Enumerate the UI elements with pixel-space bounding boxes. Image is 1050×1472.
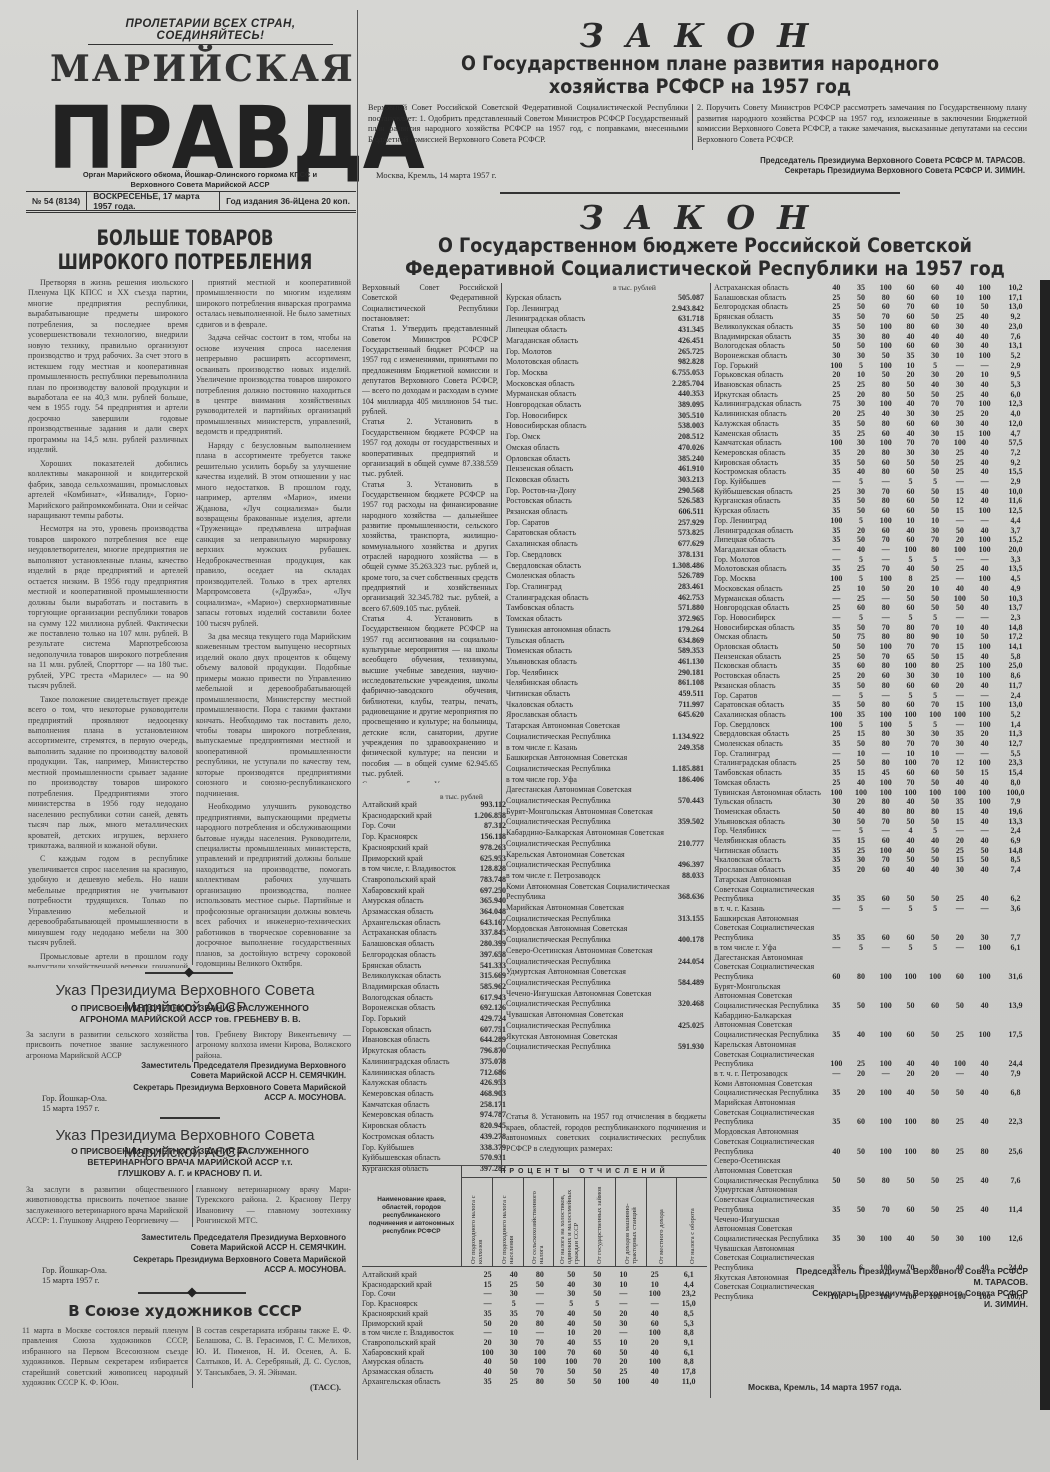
region-name: Курская область (506, 293, 672, 304)
pct-value: 50 (849, 623, 874, 633)
pct-value: — (972, 361, 997, 371)
pct-value: 15,4 (997, 768, 1034, 778)
pct-value: 100 (824, 1040, 849, 1069)
pct-value: 60 (923, 322, 948, 332)
region-name: Ставропольский край (362, 875, 469, 886)
pct-row: Мурманская область—25—50501005010,3 (714, 594, 1034, 604)
region-name: Великолукская область (362, 971, 469, 982)
pct-value: 35 (824, 865, 849, 875)
pct-value: 8 (898, 574, 923, 584)
budget-row: Камчатская область258.171 (362, 1100, 508, 1111)
region-name: Хабаровский край (362, 886, 469, 897)
budget-row: Калининская область712.686 (362, 1068, 508, 1079)
pct-value: 100 (948, 1040, 973, 1069)
pct-value: 100 (972, 351, 997, 361)
pct-value: 25 (948, 875, 973, 904)
pct-value: 35 (824, 623, 849, 633)
budget-unit-label-b: в тыс. рублей (613, 283, 656, 292)
budget-row: Гор. Москва6.755.053 (506, 368, 706, 379)
pct-value: 50 (849, 496, 874, 506)
budget-amount: 2.285.704 (672, 379, 706, 390)
pct-value: 40 (849, 545, 874, 555)
pct-value: 2,9 (997, 361, 1034, 371)
region-name: Чувашская Автономная Советская Социалист… (506, 1010, 672, 1031)
budget-row: Дагестанская Автономная Советская Социал… (506, 785, 706, 806)
pct-value: 6,8 (997, 1079, 1034, 1098)
pct-value: 50 (849, 758, 874, 768)
pct-value: — (948, 720, 973, 730)
slogan: ПРОЛЕТАРИИ ВСЕХ СТРАН, СОЕДИНЯЙТЕСЬ! (88, 18, 333, 45)
budget-amount: 375.078 (469, 1057, 508, 1068)
law2-place-date: Москва, Кремль, 14 марта 1957 года. (748, 1382, 902, 1392)
pct-value: — (948, 943, 973, 953)
pct-value: 60 (587, 1348, 608, 1358)
region-name: Смоленская область (506, 571, 672, 582)
pct-value: 17,8 (670, 1367, 707, 1377)
budget-amount: 305.510 (672, 411, 706, 422)
pct-value: 100 (898, 545, 923, 555)
pct-value: 40 (849, 467, 874, 477)
pct-value: 50 (923, 855, 948, 865)
region-name: в том числе гор. Уфа (506, 775, 672, 786)
region-name: Хабаровский край (362, 1348, 472, 1358)
pct-value: 5,5 (997, 749, 1034, 759)
pct-value: 40 (972, 1156, 997, 1185)
pct-value: 100 (639, 1328, 670, 1338)
pct-value: 8,0 (997, 778, 1034, 788)
pct-value: 50 (849, 739, 874, 749)
pct-value: 60 (873, 836, 898, 846)
budget-amount: 1.185.881 (672, 753, 706, 774)
pct-value: 20 (608, 1357, 639, 1367)
pct-value: 30 (898, 671, 923, 681)
paragraph: Хороших показателей добились коллективы … (28, 459, 188, 522)
pct-row: Костромская область3540806050254015,5 (714, 467, 1034, 477)
pct-value: 10 (923, 584, 948, 594)
pct-row: Сахалинская область100351001001001001005… (714, 710, 1034, 720)
pct-value: 100 (873, 1079, 898, 1098)
region-name: Читинская область (714, 846, 824, 856)
pct-value: 3,6 (997, 904, 1034, 914)
pct-value: 50 (923, 914, 948, 943)
pct-value: 40 (639, 1367, 670, 1377)
pct-row: Ивановская область252580504030405,3 (714, 380, 1034, 390)
pct-value: 12,6 (997, 1215, 1034, 1244)
budget-amount: 337.845 (469, 928, 508, 939)
budget-row: Смоленская область526.789 (506, 571, 706, 582)
pct-value: 15 (948, 700, 973, 710)
pct-row: Ростовская область2520603030101008,6 (714, 671, 1034, 681)
region-name: Карельская Автономная Советская Социалис… (714, 1040, 824, 1069)
pct-row: Пензенская область255070655015405,8 (714, 652, 1034, 662)
budget-amount: 425.025 (672, 1010, 706, 1031)
region-name: Томская область (506, 614, 672, 625)
pct-value: 70 (873, 623, 898, 633)
pct-value: — (824, 613, 849, 623)
pct-value: 40 (972, 564, 997, 574)
pct-value: 2,4 (997, 691, 1034, 701)
pct-row: Астраханская область403510060604010010,2 (714, 283, 1034, 293)
pct-row: Калужская область3550806060304012,0 (714, 419, 1034, 429)
pct-value: 20 (503, 1319, 524, 1329)
pct-value: 100 (948, 710, 973, 720)
pct-value: 35 (472, 1377, 503, 1387)
budget-amount: 338.379 (469, 1143, 508, 1154)
budget-row: Орловская область385.240 (506, 454, 706, 465)
pct-value: 20 (948, 914, 973, 943)
pct-value: 35 (472, 1309, 503, 1319)
region-name: Калининградская область (714, 399, 824, 409)
pct-value: 50 (948, 1079, 973, 1098)
pct-value: 5 (898, 613, 923, 623)
region-name: Камчатская область (714, 438, 824, 448)
pct-row: в том числе г. Владивосток—10—1020—1008,… (362, 1328, 707, 1338)
region-name: Гор. Москва (506, 368, 672, 379)
budget-row: Гор. Сочи87.312 (362, 821, 508, 832)
pct-value: 11,4 (997, 1185, 1034, 1214)
region-name: Горьковская область (362, 1025, 469, 1036)
pct-row: Новосибирская область3550708070104014,8 (714, 623, 1034, 633)
pct-value: 30 (948, 341, 973, 351)
pct-value: 25 (948, 661, 973, 671)
pct-value: 5 (898, 477, 923, 487)
pct-value: 7,6 (997, 332, 1034, 342)
pct-value: 12,3 (997, 399, 1034, 409)
budget-row: в том числе г. Петрозаводск88.033 (506, 871, 706, 882)
pct-value: 15 (849, 729, 874, 739)
region-name: Марийская Автономная Советская Социалист… (506, 903, 672, 924)
pct-row: Гор. Свердловск100510055—1001,4 (714, 720, 1034, 730)
budget-row: Тувинская автономная область179.264 (506, 625, 706, 636)
budget-amount: 378.131 (672, 550, 706, 561)
region-name: Костромская область (362, 1132, 469, 1143)
budget-amount: 400.178 (672, 924, 706, 945)
pct-value: — (824, 1069, 849, 1079)
region-name: Гор. Ленинград (714, 516, 824, 526)
pct-value: — (824, 826, 849, 836)
pct-value: 25 (948, 448, 973, 458)
pct-value: 65 (898, 652, 923, 662)
pct-value: 100 (948, 594, 973, 604)
pct-value: 19,6 (997, 807, 1034, 817)
region-name: Челябинская область (714, 836, 824, 846)
pct-value: 15 (948, 642, 973, 652)
pct-value: 30 (923, 526, 948, 536)
budget-amount: 372.965 (672, 614, 706, 625)
pct-value: 10 (849, 584, 874, 594)
pct-value: — (873, 826, 898, 836)
pct-value: 4,9 (997, 584, 1034, 594)
pct-value: 5 (923, 361, 948, 371)
pct-value: 25 (608, 1367, 639, 1377)
pct-value: 30 (923, 370, 948, 380)
pct-value: 40 (972, 419, 997, 429)
pct-value: 40 (898, 399, 923, 409)
pct-value: 100 (873, 1215, 898, 1244)
pct-value: 20 (948, 681, 973, 691)
pct-value: 5 (849, 826, 874, 836)
pct-value: 25 (824, 302, 849, 312)
region-name: Магаданская область (506, 336, 672, 347)
pct-value: 70 (524, 1367, 555, 1377)
pct-value: 30 (923, 351, 948, 361)
pct-value: 30 (503, 1289, 524, 1299)
pct-value: 35 (824, 419, 849, 429)
pct-value: 10 (948, 293, 973, 303)
region-name: Гор. Свердловск (506, 550, 672, 561)
pct-value: 7,9 (997, 797, 1034, 807)
region-name: Рязанская область (506, 507, 672, 518)
budget-amount: 634.869 (672, 636, 706, 647)
pct-value: 30 (556, 1289, 587, 1299)
budget-amount: 677.629 (672, 539, 706, 550)
pct-value: 40 (972, 623, 997, 633)
region-name: Тульская область (506, 636, 672, 647)
pct-value: 30 (923, 409, 948, 419)
budget-row: Гор. Горький429.724 (362, 1014, 508, 1025)
budget-amount: 993.112 (469, 800, 508, 811)
region-name: Астраханская область (362, 928, 469, 939)
region-name: Татарская Автономная Советская Социалист… (506, 721, 672, 742)
masthead-title-line1: МАРИЙСКАЯ (50, 48, 340, 90)
budget-table-b: Курская область505.087Гор. Ленинград2.94… (506, 293, 706, 1053)
pct-value: 50 (849, 419, 874, 429)
article-2: Статья 2. Установить в Государственном б… (362, 417, 498, 479)
budget-amount: 570.931 (469, 1153, 508, 1164)
region-name: Омская область (506, 443, 672, 454)
pct-value: 80 (898, 623, 923, 633)
budget-amount: 258.171 (469, 1100, 508, 1111)
pct-value: 25 (472, 1270, 503, 1280)
pct-row: Ставропольский край203070405510209,1 (362, 1338, 707, 1348)
pct-row: Марийская Автономная Советская Социалист… (714, 1098, 1034, 1127)
pct-value: — (873, 1069, 898, 1079)
pct-value: 100 (972, 700, 997, 710)
pct-value: 7,9 (997, 1069, 1034, 1079)
pct-value: 50 (824, 632, 849, 642)
budget-row: Якутская Автономная Советская Социалисти… (506, 1032, 706, 1053)
budget-amount: 538.003 (672, 421, 706, 432)
budget-amount: 208.512 (672, 432, 706, 443)
budget-row: Калужская область426.953 (362, 1078, 508, 1089)
budget-amount: 712.686 (469, 1068, 508, 1079)
pct-value: 5 (849, 516, 874, 526)
pct-value: 40 (898, 526, 923, 536)
pct-value: 35 (824, 855, 849, 865)
pct-value: 40 (972, 312, 997, 322)
pct-value: 60 (898, 768, 923, 778)
pct-value: 13,7 (997, 603, 1034, 613)
budget-row: в том числе, г. Владивосток128.828 (362, 864, 508, 875)
law1-col2: 2. Поручить Совету Министров РСФСР рассм… (697, 103, 1027, 145)
pct-row: Омская область5075808090105017,2 (714, 632, 1034, 642)
region-name: Калининская область (714, 409, 824, 419)
budget-row: Кировская область820.945 (362, 1121, 508, 1132)
region-name: Ростовская область (714, 671, 824, 681)
pct-value: 50 (472, 1319, 503, 1329)
pct-value: 70 (923, 623, 948, 633)
pct-value: 40 (873, 409, 898, 419)
pct-value: 45 (873, 768, 898, 778)
region-name: в том числе г. Казань (506, 743, 672, 754)
region-name: Ульяновская область (506, 657, 672, 668)
pct-value: 40 (898, 865, 923, 875)
pct-value: 30 (824, 351, 849, 361)
pct-row: Гор. Горький1005100105——2,9 (714, 361, 1034, 371)
pct-value: 35 (824, 1098, 849, 1127)
pct-value: — (824, 749, 849, 759)
pct-value: 50 (849, 642, 874, 652)
budget-amount: 283.461 (672, 582, 706, 593)
pct-value: 100 (873, 1127, 898, 1156)
pct-row: Ленинградская область352060403050403,7 (714, 526, 1034, 536)
pct-value: 8,6 (997, 671, 1034, 681)
pct-value: 20 (824, 370, 849, 380)
pct-row: Гор. Сочи—30—3050—10023,2 (362, 1289, 707, 1299)
pct-value: 60 (873, 875, 898, 904)
region-name: Кабардино-Балкарская Автономная Советска… (506, 828, 672, 849)
pct-value: 60 (639, 1319, 670, 1329)
pct-row: Дагестанская Автономная Советская Социал… (714, 953, 1034, 982)
pct-value: 100 (972, 535, 997, 545)
pct-value: 100 (873, 982, 898, 1011)
law1-signature-chairman: Председатель Президиума Верховного Совет… (690, 156, 1025, 166)
paragraph: С каждым годом в республике увеличиваетс… (28, 854, 188, 948)
ukaz2-place-date: Гор. Йошкар-Ола. 15 марта 1957 г. (42, 1265, 142, 1285)
pct-value: 100 (972, 642, 997, 652)
pct-value: 40 (898, 836, 923, 846)
pct-column-header: От сельскохозяйственного налога (531, 1180, 545, 1264)
pct-value: 40 (972, 322, 997, 332)
budget-row: Горьковская область607.751 (362, 1025, 508, 1036)
pct-value: 10 (948, 632, 973, 642)
pct-row: Великолукская область35501008060304023,0 (714, 322, 1034, 332)
pct-value: 100 (972, 399, 997, 409)
pct-value: 50 (923, 1156, 948, 1185)
lead-article-col2: приятий местной и кооперативной промышле… (196, 278, 351, 968)
budget-amount: 244.054 (672, 946, 706, 967)
pct-value: 50 (923, 1215, 948, 1244)
pct-value: 12 (948, 496, 973, 506)
law2-signatures: Председатель Президиума Верховного Совет… (730, 1266, 1028, 1310)
pct-row: Гор. Молотов—5—55——3,3 (714, 555, 1034, 565)
budget-row: Башкирская Автономная Советская Социалис… (506, 753, 706, 774)
pct-value: 10 (849, 749, 874, 759)
pct-value: 35 (824, 322, 849, 332)
pct-value: 7,7 (997, 914, 1034, 943)
region-name: Ивановская область (714, 380, 824, 390)
pct-value: 35 (824, 448, 849, 458)
pct-value: 35 (824, 836, 849, 846)
pct-value: 100 (898, 710, 923, 720)
region-name: в т. ч. г. Казань (714, 904, 824, 914)
pct-value: 25 (824, 758, 849, 768)
region-name: Калининская область (362, 1068, 469, 1079)
pct-value: 80 (524, 1270, 555, 1280)
pct-value: 50 (923, 778, 948, 788)
pct-value: — (608, 1289, 639, 1299)
budget-amount: 978.263 (469, 843, 508, 854)
pct-value: 5 (849, 613, 874, 623)
pct-value: 25 (948, 1011, 973, 1040)
region-name: в том числе г. Владивосток (362, 1328, 472, 1338)
pct-value: 10 (898, 516, 923, 526)
budget-amount: 2.943.842 (672, 304, 706, 315)
budget-row: Саратовская область573.825 (506, 528, 706, 539)
pct-value: 5 (849, 904, 874, 914)
region-name: Гор. Новосибирск (714, 613, 824, 623)
budget-amount: 439.278 (469, 1132, 508, 1143)
pct-row: Арзамасская область4050705050254017,8 (362, 1367, 707, 1377)
region-name: Гор. Горький (714, 361, 824, 371)
budget-amount: 249.358 (672, 743, 706, 754)
budget-row: Приморский край625.953 (362, 854, 508, 865)
budget-amount: 459.511 (672, 689, 706, 700)
pct-value: 80 (873, 729, 898, 739)
region-name: Краснодарский край (362, 811, 469, 822)
pct-value: 20 (824, 409, 849, 419)
pct-value: 40 (923, 332, 948, 342)
pct-value: 13,0 (997, 302, 1034, 312)
region-name: Куйбышевская область (362, 1153, 469, 1164)
ukaz2-subheading: О ПРИСВОЕНИИ ПОЧЕТНОГО ЗВАНИЯ ЗАСЛУЖЕННО… (70, 1146, 310, 1179)
region-name: Тамбовская область (506, 603, 672, 614)
budget-amount: 645.620 (672, 710, 706, 721)
budget-amount: 461.910 (672, 464, 706, 475)
pct-row: Амурская область405010010070201008,8 (362, 1357, 707, 1367)
pct-value: 60 (873, 302, 898, 312)
pct-row: Новгородская область2560806050504013,7 (714, 603, 1034, 613)
pct-value: 80 (923, 545, 948, 555)
region-name: Алтайский край (362, 800, 469, 811)
budget-amount: 462.753 (672, 593, 706, 604)
pct-value: 35 (948, 729, 973, 739)
paragraph: Необходимо улучшить руководство предприя… (196, 802, 351, 968)
pct-row: Северо-Осетинская Автономная Советская С… (714, 1156, 1034, 1185)
pct-value: 5 (923, 477, 948, 487)
pct-value: 23,2 (670, 1289, 707, 1299)
pct-value: 15 (972, 768, 997, 778)
pct-value: 80 (972, 1127, 997, 1156)
pct-value: 10,2 (997, 283, 1034, 293)
pct-value: 50 (898, 982, 923, 1011)
region-name: Арзамасская область (362, 1367, 472, 1377)
pct-value: 80 (873, 496, 898, 506)
budget-row: Сахалинская область677.629 (506, 539, 706, 550)
region-name: Мордовская Автономная Советская Социалис… (506, 924, 672, 945)
pct-value: 70 (873, 487, 898, 497)
pct-value: 50 (587, 1270, 608, 1280)
budget-amount: 820.945 (469, 1121, 508, 1132)
article-4: Статья 4. Установить в Государственном б… (362, 614, 498, 780)
region-name: Ярославская область (506, 710, 672, 721)
pct-value: 35 (849, 914, 874, 943)
budget-row: Гор. Сталинград283.461 (506, 582, 706, 593)
pct-value: 14,8 (997, 846, 1034, 856)
pct-value: 40 (972, 982, 997, 1011)
region-name: Удмуртская Автономная Советская Социалис… (714, 1185, 824, 1214)
region-name: Омская область (714, 632, 824, 642)
pct-value: — (873, 904, 898, 914)
pct-value: 25 (824, 487, 849, 497)
divider-ornament (138, 1292, 246, 1294)
pct-value: 50 (849, 1185, 874, 1214)
pct-value: 10 (948, 351, 973, 361)
pct-value: 20 (849, 526, 874, 536)
pct-value: — (824, 904, 849, 914)
region-name: Курганская область (714, 496, 824, 506)
artists-heading: В Союзе художников СССР (20, 1302, 350, 1320)
